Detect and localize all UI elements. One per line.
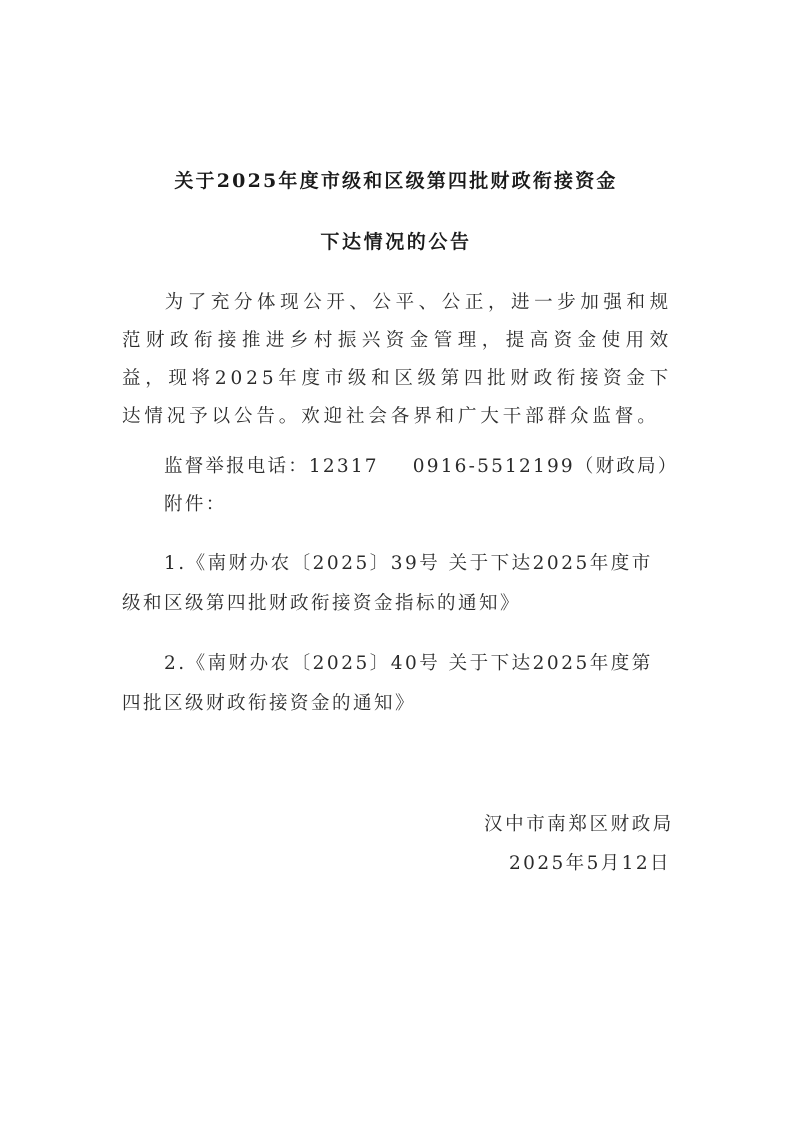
document-title-line1: 关于2025年度市级和区级第四批财政衔接资金 bbox=[0, 166, 792, 193]
attachments-label: 附件： bbox=[164, 490, 227, 516]
signature-date: 2025年5月12日 bbox=[509, 849, 671, 875]
signature-organization: 汉中市南郑区财政局 bbox=[484, 810, 674, 836]
document-title-line2: 下达情况的公告 bbox=[0, 227, 792, 254]
hotline-number-1: 12317 bbox=[309, 456, 379, 477]
attachment-item-2[interactable]: 2.《南财办农〔2025〕40号 关于下达2025年度第四批区级财政衔接资金的通… bbox=[122, 644, 672, 724]
attachment-item-1[interactable]: 1.《南财办农〔2025〕39号 关于下达2025年度市级和区级第四批财政衔接资… bbox=[122, 544, 672, 624]
body-paragraph: 为了充分体现公开、公平、公正，进一步加强和规范财政衔接推进乡村振兴资金管理，提高… bbox=[122, 284, 672, 436]
attachment-index: 2. bbox=[164, 653, 187, 674]
document-page: 关于2025年度市级和区级第四批财政衔接资金 下达情况的公告 为了充分体现公开、… bbox=[0, 0, 792, 1121]
hotline-line: 监督举报电话：123170916-5512199（财政局） bbox=[164, 452, 678, 478]
body-paragraph-text: 为了充分体现公开、公平、公正，进一步加强和规范财政衔接推进乡村振兴资金管理，提高… bbox=[122, 292, 672, 427]
attachment-link[interactable]: 《南财办农〔2025〕39号 关于下达2025年度市级和区级第四批财政衔接资金指… bbox=[122, 553, 653, 614]
hotline-label: 监督举报电话： bbox=[164, 456, 309, 477]
attachment-index: 1. bbox=[164, 553, 187, 574]
hotline-number-2: 0916-5512199（财政局） bbox=[413, 456, 679, 477]
attachment-link[interactable]: 《南财办农〔2025〕40号 关于下达2025年度第四批区级财政衔接资金的通知》 bbox=[122, 653, 653, 714]
